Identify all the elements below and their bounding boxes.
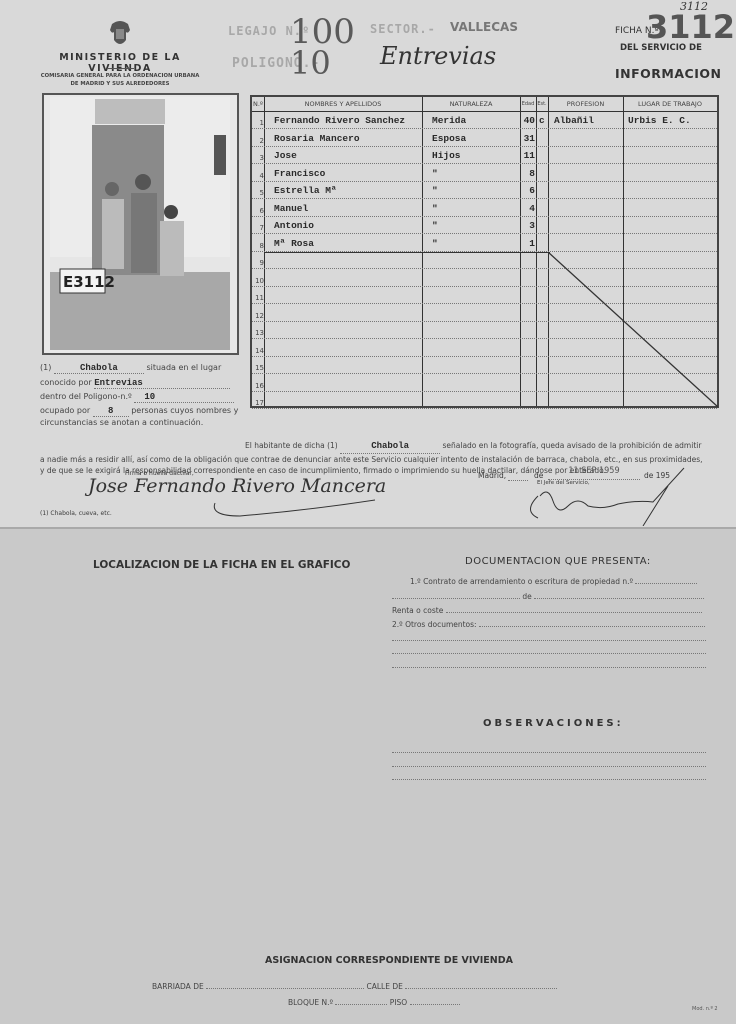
footnote-ref: (1): [40, 363, 51, 372]
row-number: 2: [252, 137, 264, 145]
ministry-name: MINISTERIO DE LA VIVIENDA: [40, 52, 200, 74]
piso-field[interactable]: [410, 1004, 460, 1005]
cell-naturaleza: ": [432, 168, 528, 179]
comisaria-line1: COMISARIA GENERAL PARA LA ORDENACION URB…: [30, 73, 210, 81]
cell-name: Mª Rosa: [274, 238, 314, 249]
cell-name: Fernando Rivero Sanchez: [274, 115, 405, 126]
bloque-field[interactable]: [335, 1004, 387, 1005]
poligono-field-label: dentro del Poligono-n.º: [40, 392, 132, 401]
ficha-handwritten: 3112: [680, 0, 708, 13]
row-number: 8: [252, 242, 264, 250]
table-row: 1Fernando Rivero SanchezMerida40cAlbañil…: [252, 112, 717, 129]
doc-item-1-label: 1.º Contrato de arrendamiento o escritur…: [410, 577, 633, 586]
piso-label: PISO: [390, 998, 407, 1007]
conocido-label: conocido por: [40, 378, 92, 387]
cell-estado: c: [539, 115, 545, 126]
notice-line-2: a nadie más a residir allí, así como de …: [40, 454, 720, 466]
cell-name: Rosaria Mancero: [274, 133, 360, 144]
table-row: 2Rosaria ManceroEsposa31: [252, 130, 717, 147]
row-number: 16: [252, 382, 264, 390]
notice-line1-rest: señalado en la fotografía, queda avisado…: [443, 441, 702, 450]
observaciones-line[interactable]: [392, 779, 706, 780]
localizacion-title: LOCALIZACION DE LA FICHA EN EL GRAFICO: [93, 559, 350, 571]
cell-edad: 40: [520, 115, 535, 126]
header-name: NOMBRES Y APELLIDOS: [264, 97, 422, 112]
table-row: 3JoseHijos11: [252, 147, 717, 164]
header-naturaleza: NATURALEZA: [422, 97, 520, 112]
ficha-number: 3112: [646, 8, 735, 46]
comisaria-text: COMISARIA GENERAL PARA LA ORDENACION URB…: [30, 73, 210, 88]
notice-prefix: El habitante de dicha (1): [245, 441, 338, 450]
cell-edad: 31: [520, 133, 535, 144]
asignacion-title: ASIGNACION CORRESPONDIENTE DE VIVIENDA: [265, 955, 513, 966]
row-number: 9: [252, 259, 264, 267]
renta-label: Renta o coste: [392, 606, 443, 615]
cell-naturaleza: Merida: [432, 115, 528, 126]
row-number: 3: [252, 154, 264, 162]
row-number: 6: [252, 207, 264, 215]
dwelling-place: Entrevias: [94, 378, 230, 389]
signature-place: Madrid,: [478, 471, 506, 480]
cell-naturaleza: ": [432, 203, 528, 214]
coat-of-arms-icon: [108, 20, 132, 48]
cell-naturaleza: ": [432, 220, 528, 231]
poligono-number: 10: [290, 44, 331, 82]
cell-naturaleza: Esposa: [432, 133, 528, 144]
notice-line-1: El habitante de dicha (1) Chabola señala…: [40, 440, 720, 454]
cell-edad: 4: [520, 203, 535, 214]
model-number: Mod. n.º 2: [692, 1006, 718, 1012]
comisaria-line2: DE MADRID Y SUS ALREDEDORES: [30, 81, 210, 89]
dwelling-line-4: ocupado por 8 personas cuyos nombres y: [40, 406, 240, 417]
contract-field-b[interactable]: [534, 598, 704, 599]
row-number: 15: [252, 364, 264, 372]
contract-field-a[interactable]: [392, 598, 520, 599]
del-servicio-label: DEL SERVICIO DE: [620, 43, 702, 53]
notice-dwelling-type: Chabola: [340, 441, 440, 454]
dwelling-photo: E3112: [50, 97, 230, 350]
row-number: 17: [252, 399, 264, 407]
cell-naturaleza: ": [432, 238, 528, 249]
doc-extra-line[interactable]: [392, 667, 706, 668]
ocupado-suffix: personas cuyos nombres y: [131, 406, 238, 415]
header-lugar: LUGAR DE TRABAJO: [623, 97, 717, 112]
dwelling-line-2: conocido por Entrevias: [40, 378, 240, 389]
dwelling-line-3: dentro del Poligono-n.º 10: [40, 392, 240, 403]
cell-edad: 6: [520, 185, 535, 196]
doc-extra-line[interactable]: [392, 653, 706, 654]
jefe-signature: [518, 466, 688, 526]
observaciones-title: OBSERVACIONES:: [483, 718, 624, 729]
sector-value: VALLECAS: [450, 20, 518, 34]
bloque-line: BLOQUE N.º PISO: [288, 998, 460, 1007]
cell-profesion: Albañil: [554, 115, 594, 126]
table-row: 8Mª Rosa"1: [252, 235, 717, 252]
table-row: 4Francisco"8: [252, 165, 717, 182]
doc-item-2: 2.º Otros documentos:: [392, 620, 706, 632]
signature-flourish: [210, 498, 380, 520]
row-number: 12: [252, 312, 264, 320]
row-number: 5: [252, 189, 264, 197]
row-number: 10: [252, 277, 264, 285]
cell-edad: 3: [520, 220, 535, 231]
row-number: 13: [252, 329, 264, 337]
cell-edad: 8: [520, 168, 535, 179]
observaciones-line[interactable]: [392, 766, 706, 767]
doc-item-1: 1.º Contrato de arrendamiento o escritur…: [392, 577, 706, 589]
footnote: (1) Chabola, cueva, etc.: [40, 510, 112, 517]
calle-field[interactable]: [405, 988, 557, 989]
calle-label: CALLE DE: [367, 982, 403, 991]
persons-count: 8: [93, 406, 129, 417]
doc-renta-line: Renta o coste: [392, 606, 706, 618]
renta-field[interactable]: [446, 612, 702, 613]
dwelling-poligono: 10: [134, 392, 234, 403]
cell-name: Estrella Mª: [274, 185, 337, 196]
row-number: 4: [252, 172, 264, 180]
divider: [108, 68, 134, 69]
ocupado-label: ocupado por: [40, 406, 90, 415]
barriada-line: BARRIADA DE CALLE DE: [152, 982, 557, 991]
row-number: 14: [252, 347, 264, 355]
cell-edad: 1: [520, 238, 535, 249]
doc-extra-line[interactable]: [392, 640, 706, 641]
header-estado: Est.: [536, 97, 548, 112]
dwelling-line1-suffix: situada en el lugar: [146, 363, 221, 372]
informacion-label: INFORMACION: [615, 66, 721, 81]
contract-number-field[interactable]: [635, 583, 697, 584]
documentacion-title: DOCUMENTACION QUE PRESENTA:: [465, 556, 651, 567]
dwelling-line-5: circunstancias se anotan a continuación.: [40, 418, 240, 427]
cell-naturaleza: ": [432, 185, 528, 196]
doc-item-2-label: 2.º Otros documentos:: [392, 620, 477, 629]
cell-edad: 11: [520, 150, 535, 161]
observaciones-line[interactable]: [392, 752, 706, 753]
cell-name: Jose: [274, 150, 297, 161]
row-number: 11: [252, 294, 264, 302]
poligono-handwritten: Entrevias: [380, 42, 496, 70]
sector-label: SECTOR.-: [370, 22, 436, 36]
strike-line: [548, 252, 718, 407]
cell-name: Manuel: [274, 203, 308, 214]
doc-de-label: de: [522, 592, 531, 601]
cell-lugar: Urbis E. C.: [628, 115, 691, 126]
table-row: 6Manuel"4: [252, 200, 717, 217]
otros-docs-field[interactable]: [479, 626, 705, 627]
row-number: 7: [252, 224, 264, 232]
cell-name: Antonio: [274, 220, 314, 231]
table-row: 7Antonio"3: [252, 217, 717, 234]
dwelling-type: Chabola: [54, 363, 144, 374]
cell-naturaleza: Hijos: [432, 150, 528, 161]
header-n: N.º: [252, 97, 264, 112]
dwelling-line-1: (1) Chabola situada en el lugar: [40, 363, 240, 374]
row-8-separator: [264, 252, 550, 253]
cell-name: Francisco: [274, 168, 325, 179]
family-table: N.º NOMBRES Y APELLIDOS NATURALEZA Edad …: [250, 95, 719, 408]
header-profesion: PROFESION: [548, 97, 623, 112]
resident-signature: Jose Fernando Rivero Mancera: [88, 475, 386, 497]
barriada-field[interactable]: [206, 988, 364, 989]
bloque-label: BLOQUE N.º: [288, 998, 333, 1007]
header-edad: Edad: [520, 97, 536, 112]
photo-plate: E3112: [63, 273, 115, 291]
doc-de-line: de: [392, 592, 706, 604]
barriada-label: BARRIADA DE: [152, 982, 204, 991]
table-row: 5Estrella Mª"6: [252, 182, 717, 199]
row-number: 1: [252, 119, 264, 127]
